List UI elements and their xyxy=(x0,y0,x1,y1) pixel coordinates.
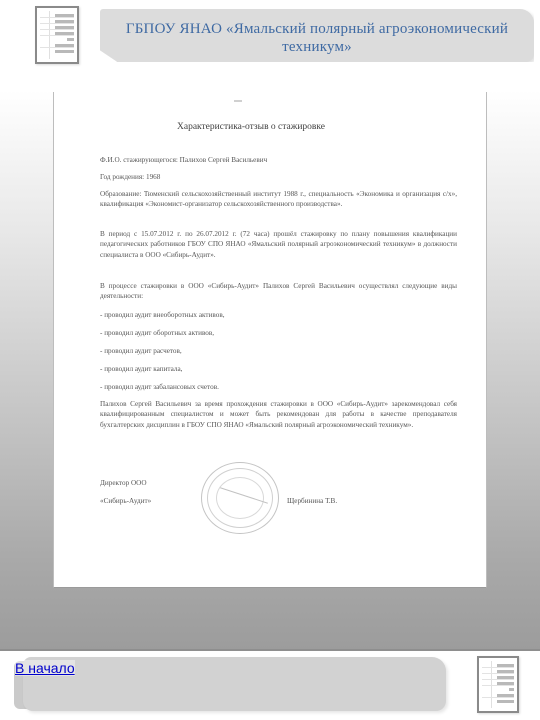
activity-item: - проводил аудит расчетов, xyxy=(100,346,457,356)
activity-item: - проводил аудит внеоборотных активов, xyxy=(100,310,457,320)
activity-item: - проводил аудит капитала, xyxy=(100,364,457,374)
activities-intro: В процессе стажировки в ООО «Сибирь-Ауди… xyxy=(100,281,457,302)
footer-bar xyxy=(23,657,446,711)
divider xyxy=(0,649,540,651)
scanned-document: Характеристика-отзыв о стажировке Ф.И.О.… xyxy=(53,92,487,588)
home-link[interactable]: В начало xyxy=(15,660,75,676)
signature-role: Директор ООО xyxy=(100,478,457,488)
document-icon[interactable] xyxy=(477,656,519,713)
conclusion-paragraph: Палиxов Сергей Васильевич за время прохо… xyxy=(100,399,457,430)
signature-org: «Сибирь-Аудит» xyxy=(100,496,457,506)
document-title: Характеристика-отзыв о стажировке xyxy=(177,122,325,132)
signature-name: Щербинина Т.В. xyxy=(287,496,337,506)
page-title: ГБПОУ ЯНАО «Ямальский полярный агроэконо… xyxy=(100,20,534,56)
fio-line: Ф.И.О. стажирующегося: Палиxов Сергей Ва… xyxy=(100,155,457,165)
period-paragraph: В период с 15.07.2012 г. по 26.07.2012 г… xyxy=(100,229,457,260)
document-icon xyxy=(35,6,79,64)
activity-item: - проводил аудит забалансовых счетов. xyxy=(100,382,457,392)
birth-year-line: Год рождения: 1968 xyxy=(100,172,457,182)
education-paragraph: Образование: Тюменский сельскохозяйствен… xyxy=(100,189,457,210)
activity-item: - проводил аудит оборотных активов, xyxy=(100,328,457,338)
